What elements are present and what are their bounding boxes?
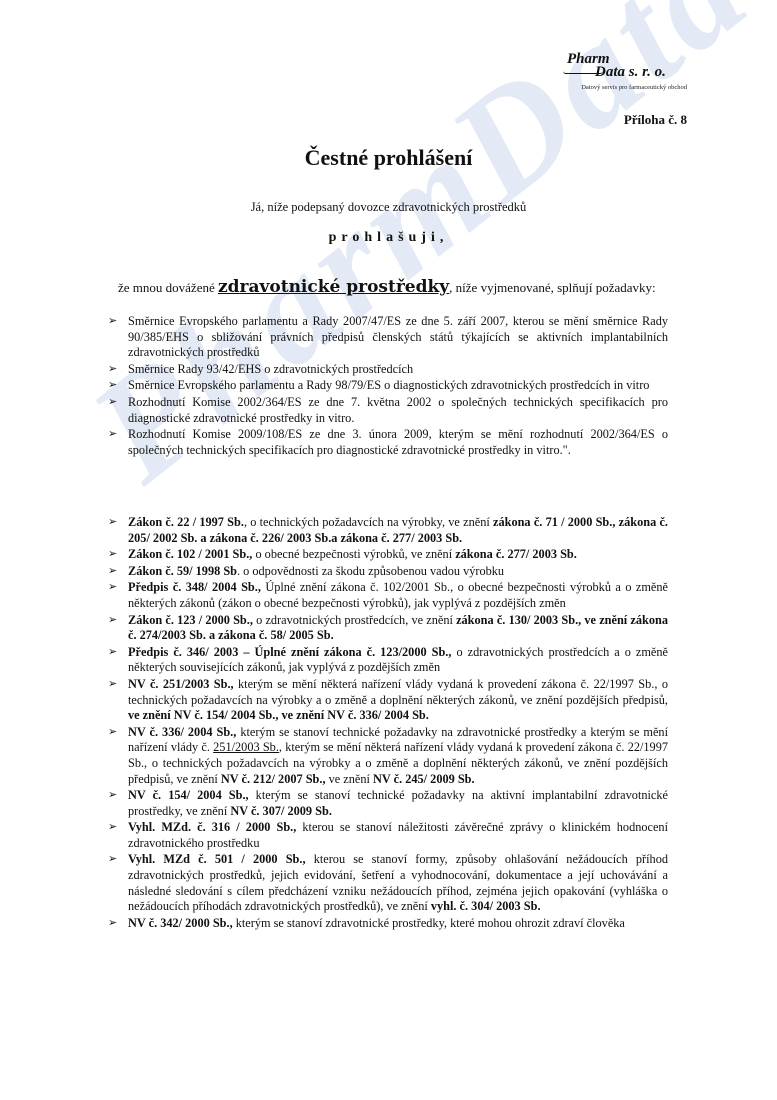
arrow-bullet-icon: ➢	[108, 677, 117, 693]
law-text: . o odpovědnosti za škodu způsobenou vad…	[237, 564, 504, 578]
logo-tagline: Datový servis pro farmaceutický obchod	[537, 84, 687, 91]
arrow-bullet-icon: ➢	[108, 613, 117, 629]
law-ref: NV č. 251/2003 Sb.,	[128, 677, 234, 691]
law-text: kterým se stanoví zdravotnické prostředk…	[233, 916, 625, 930]
law-amend: ve znění NV č. 154/ 2004 Sb., ve znění N…	[128, 708, 429, 722]
law-text: o zdravotnických prostředcích, ve znění	[253, 613, 456, 627]
law-text: o obecné bezpečnosti výrobků, ve znění	[252, 547, 455, 561]
law-ref: Vyhl. MZd. č. 316 / 2000 Sb.,	[128, 820, 296, 834]
list-item: ➢Předpis č. 346/ 2003 – Úplné znění záko…	[108, 645, 668, 676]
law-amend: vyhl. č. 304/ 2003 Sb.	[431, 899, 541, 913]
laws-list: ➢Zákon č. 22 / 1997 Sb., o technických p…	[108, 515, 668, 932]
arrow-bullet-icon: ➢	[108, 547, 117, 563]
list-item: ➢Rozhodnutí Komise 2002/364/ES ze dne 7.…	[108, 395, 668, 426]
arrow-bullet-icon: ➢	[108, 820, 117, 836]
list-item: ➢NV č. 336/ 2004 Sb., kterým se stanoví …	[108, 725, 668, 787]
law-ref: Vyhl. MZd č. 501 / 2000 Sb.,	[128, 852, 306, 866]
arrow-bullet-icon: ➢	[108, 515, 117, 531]
annex-label: Příloha č. 8	[624, 112, 687, 128]
directives-list: ➢Směrnice Evropského parlamentu a Rady 2…	[108, 314, 668, 459]
list-item: ➢NV č. 154/ 2004 Sb., kterým se stanoví …	[108, 788, 668, 819]
list-item: ➢NV č. 251/2003 Sb., kterým se mění někt…	[108, 677, 668, 724]
list-item: ➢Zákon č. 102 / 2001 Sb., o obecné bezpe…	[108, 547, 668, 563]
arrow-bullet-icon: ➢	[108, 362, 117, 378]
lead-sentence: že mnou dovážené zdravotnické prostředky…	[118, 277, 656, 297]
law-ref: Zákon č. 102 / 2001 Sb.,	[128, 547, 252, 561]
item-text: Směrnice Evropského parlamentu a Rady 98…	[128, 378, 649, 392]
law-ref: Předpis č. 346/ 2003 – Úplné znění zákon…	[128, 645, 451, 659]
list-item: ➢Zákon č. 22 / 1997 Sb., o technických p…	[108, 515, 668, 546]
list-item: ➢Směrnice Evropského parlamentu a Rady 2…	[108, 314, 668, 361]
list-item: ➢Zákon č. 123 / 2000 Sb., o zdravotnický…	[108, 613, 668, 644]
intro-text: Já, níže podepsaný dovozce zdravotnickýc…	[0, 200, 777, 215]
arrow-bullet-icon: ➢	[108, 564, 117, 580]
list-item: ➢Vyhl. MZd č. 501 / 2000 Sb., kterou se …	[108, 852, 668, 914]
item-text: Směrnice Rady 93/42/EHS o zdravotnických…	[128, 362, 413, 376]
law-ref: NV č. 342/ 2000 Sb.,	[128, 916, 233, 930]
lead-after: , níže vyjmenované, splňují požadavky:	[449, 280, 656, 295]
item-text: Rozhodnutí Komise 2002/364/ES ze dne 7. …	[128, 395, 668, 425]
item-text: Rozhodnutí Komise 2009/108/ES ze dne 3. …	[128, 427, 668, 457]
item-text: Směrnice Evropského parlamentu a Rady 20…	[128, 314, 668, 359]
document-title: Čestné prohlášení	[0, 145, 777, 171]
list-item: ➢Směrnice Rady 93/42/EHS o zdravotnickýc…	[108, 362, 668, 378]
law-ref: NV č. 336/ 2004 Sb.,	[128, 725, 236, 739]
law-amend: NV č. 212/ 2007 Sb.,	[221, 772, 326, 786]
arrow-bullet-icon: ➢	[108, 395, 117, 411]
law-amend: NV č. 245/ 2009 Sb.	[373, 772, 475, 786]
logo-data: Data s. r. o.	[595, 65, 666, 79]
lead-before: že mnou dovážené	[118, 280, 218, 295]
arrow-bullet-icon: ➢	[108, 378, 117, 394]
arrow-bullet-icon: ➢	[108, 852, 117, 868]
law-ref: Zákon č. 123 / 2000 Sb.,	[128, 613, 253, 627]
list-item: ➢Směrnice Evropského parlamentu a Rady 9…	[108, 378, 668, 394]
law-underlined-ref: 251/2003 Sb.	[213, 740, 279, 754]
law-ref: Zákon č. 22 / 1997 Sb.	[128, 515, 244, 529]
arrow-bullet-icon: ➢	[108, 427, 117, 443]
declaration-word: prohlašuji,	[0, 230, 777, 246]
list-item: ➢Předpis č. 348/ 2004 Sb., Úplné znění z…	[108, 580, 668, 611]
law-text: , o technických požadavcích na výrobky, …	[244, 515, 493, 529]
arrow-bullet-icon: ➢	[108, 645, 117, 661]
arrow-bullet-icon: ➢	[108, 788, 117, 804]
law-amend: zákona č. 277/ 2003 Sb.	[455, 547, 577, 561]
law-ref: Zákon č. 59/ 1998 Sb	[128, 564, 237, 578]
arrow-bullet-icon: ➢	[108, 916, 117, 932]
company-logo: Pharm Data s. r. o. Datový servis pro fa…	[537, 52, 687, 91]
law-text: ve znění	[326, 772, 373, 786]
arrow-bullet-icon: ➢	[108, 725, 117, 741]
lead-highlight: zdravotnické prostředky	[218, 277, 449, 297]
arrow-bullet-icon: ➢	[108, 580, 117, 596]
law-ref: Předpis č. 348/ 2004 Sb.,	[128, 580, 261, 594]
list-item: ➢Zákon č. 59/ 1998 Sb. o odpovědnosti za…	[108, 564, 668, 580]
list-item: ➢Rozhodnutí Komise 2009/108/ES ze dne 3.…	[108, 427, 668, 458]
arrow-bullet-icon: ➢	[108, 314, 117, 330]
law-ref: NV č. 154/ 2004 Sb.,	[128, 788, 249, 802]
list-item: ➢NV č. 342/ 2000 Sb., kterým se stanoví …	[108, 916, 668, 932]
list-item: ➢Vyhl. MZd. č. 316 / 2000 Sb., kterou se…	[108, 820, 668, 851]
law-amend: NV č. 307/ 2009 Sb.	[230, 804, 332, 818]
